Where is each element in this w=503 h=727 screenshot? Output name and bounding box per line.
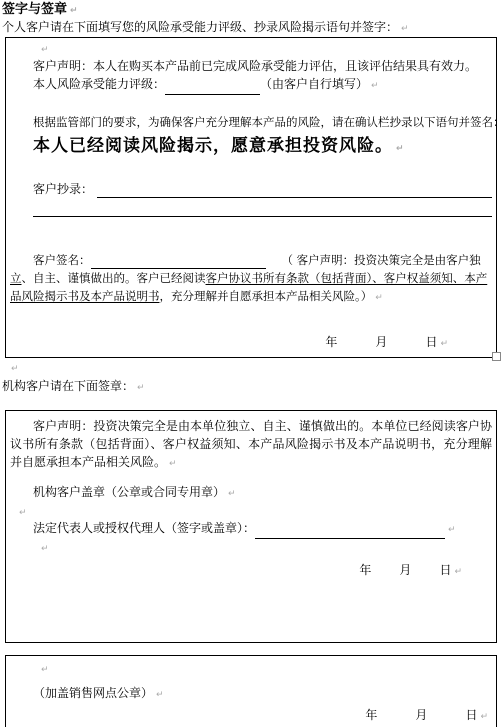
signature-label: 客户签名： (33, 253, 91, 267)
customer-signature-blank[interactable] (91, 254, 266, 269)
representative-signature-blank[interactable] (255, 524, 445, 539)
year-label: 年 (365, 706, 377, 724)
paragraph-mark-icon: ↵ (169, 459, 177, 469)
transcribe-blank-1[interactable] (97, 183, 492, 198)
risk-rating-blank[interactable] (165, 80, 260, 95)
org-declaration-body: 客户声明：投资决策完全是由本单位独立、自主、谨慎做出的。本单位已经阅读客户协议书… (10, 419, 492, 469)
signature-note-plain-2: ，充分理解并自愿承担本产品相关风险。） (160, 289, 373, 303)
signature-note-underlined-1: 立 (10, 271, 22, 285)
paragraph-mark-icon: ↵ (19, 508, 27, 518)
paragraph-mark-icon: ↵ (401, 24, 409, 34)
day-label: 日↵ (425, 333, 448, 353)
representative-line: 法定代表人或授权代理人（签字或盖章）：↵ (10, 519, 492, 539)
paragraph-mark-icon: ↵ (41, 665, 49, 675)
org-intro: 机构客户请在下面签章：↵ (2, 378, 503, 396)
paragraph-mark-icon: ↵ (41, 544, 49, 554)
month-label: 月 (375, 333, 387, 351)
risk-rating-label: 本人风险承受能力评级： (33, 77, 165, 91)
date-row: 年 月 日↵ (10, 333, 492, 351)
paragraph-mark-icon: ↵ (11, 364, 19, 374)
paragraph-mark-icon: ↵ (448, 525, 456, 535)
personal-intro: 个人客户请在下面填写您的风险承受能力评级、抄录风险揭示语句并签字：↵ (2, 19, 503, 37)
paragraph-mark-icon: ↵ (371, 81, 379, 91)
org-seal-line: 机构客户盖章（公章或合同专用章）↵ (10, 483, 492, 503)
empty-line: ↵ (10, 40, 492, 56)
risk-statement: 本人已经阅读风险揭示，愿意承担投资风险。↵ (10, 133, 492, 162)
day-label: 日↵ (439, 561, 462, 581)
paragraph-mark-icon: ↵ (396, 144, 405, 154)
empty-line: ↵ (10, 660, 492, 676)
outlet-seal-note: （加盖销售网点公章） (33, 686, 153, 700)
paragraph-mark-icon: ↵ (137, 383, 145, 393)
signature-note-line1: （ 客户声明：投资决策完全是由客户独 (282, 253, 481, 267)
transcribe-line: 客户抄录： (10, 178, 492, 198)
empty-line: ↵ (10, 539, 492, 555)
representative-label: 法定代表人或授权代理人（签字或盖章）： (33, 521, 255, 535)
outlet-seal-line: （加盖销售网点公章）↵ (10, 684, 492, 704)
day-label: 日↵ (465, 706, 488, 726)
personal-declaration-box: ↵ 客户声明：本人在购买本产品前已完成风险承受能力评估，且该评估结果具有效力。 … (5, 37, 497, 358)
org-declaration-box: 客户声明：投资决策完全是由本单位独立、自主、谨慎做出的。本单位已经阅读客户协议书… (5, 410, 497, 643)
day-label-text: 日 (425, 335, 437, 349)
outlet-seal-box: ↵ （加盖销售网点公章）↵ 年 月 日↵ (5, 655, 497, 727)
personal-intro-text: 个人客户请在下面填写您的风险承受能力评级、抄录风险揭示语句并签字： (2, 20, 398, 34)
signature-note-underlined-2: 客户协议书所有条款（包括背面）、客户权益须知、本产 (206, 271, 488, 285)
signature-note-line2: 立、自主、谨慎做出的。客户已经阅读客户协议书所有条款（包括背面）、客户权益须知、… (10, 269, 492, 287)
date-row: 年 月 日↵ (10, 706, 492, 724)
month-label: 月 (399, 561, 411, 579)
risk-rating-hint: （由客户自行填写） (260, 77, 368, 91)
org-declaration-text: 客户声明：投资决策完全是由本单位独立、自主、谨慎做出的。本单位已经阅读客户协议书… (10, 417, 492, 473)
signature-note-line3: 品风险揭示书及本产品说明书，充分理解并自愿承担本产品相关风险。）↵ (10, 287, 492, 307)
customer-declaration-text: 客户声明：本人在购买本产品前已完成风险承受能力评估，且该评估结果具有效力。 (10, 57, 492, 75)
paragraph-mark-icon: ↵ (454, 567, 462, 577)
paragraph-mark-icon: ↵ (228, 489, 236, 499)
signature-line: 客户签名：（ 客户声明：投资决策完全是由客户独 (10, 251, 492, 269)
org-seal-label: 机构客户盖章（公章或合同专用章） (33, 485, 225, 499)
page-title-text: 签字与签章 (2, 2, 67, 17)
supervision-instruction: 根据监管部门的要求，为确保客户充分理解本产品的风险，请在确认栏抄录以下语句并签名… (10, 113, 492, 131)
empty-line: ↵ (2, 360, 503, 374)
transcribe-blank-2[interactable] (33, 198, 492, 217)
transcribe-label: 客户抄录： (33, 180, 93, 198)
paragraph-mark-icon: ↵ (480, 712, 488, 722)
day-label-text: 日 (439, 563, 451, 577)
day-label-text: 日 (465, 708, 477, 722)
signature-note-plain-1: 、自主、谨慎做出的。客户已经阅读 (22, 271, 206, 285)
table-resize-handle[interactable] (492, 352, 501, 361)
year-label: 年 (359, 561, 371, 579)
paragraph-mark-icon: ↵ (440, 339, 448, 349)
year-label: 年 (325, 333, 337, 351)
month-label: 月 (415, 706, 427, 724)
signature-note-underlined-3: 品风险揭示书及本产品说明书 (10, 289, 160, 303)
risk-rating-line: 本人风险承受能力评级：（由客户自行填写）↵ (10, 75, 492, 95)
paragraph-mark-icon: ↵ (156, 690, 164, 700)
empty-line: ↵ (10, 503, 492, 519)
org-intro-text: 机构客户请在下面签章： (2, 379, 134, 393)
paragraph-mark-icon: ↵ (375, 293, 383, 303)
page-title: 签字与签章↵ (2, 2, 503, 19)
risk-statement-text: 本人已经阅读风险揭示，愿意承担投资风险。 (33, 136, 393, 156)
paragraph-mark-icon: ↵ (70, 6, 78, 16)
paragraph-mark-icon: ↵ (41, 45, 49, 55)
date-row: 年 月 日↵ (10, 561, 492, 579)
